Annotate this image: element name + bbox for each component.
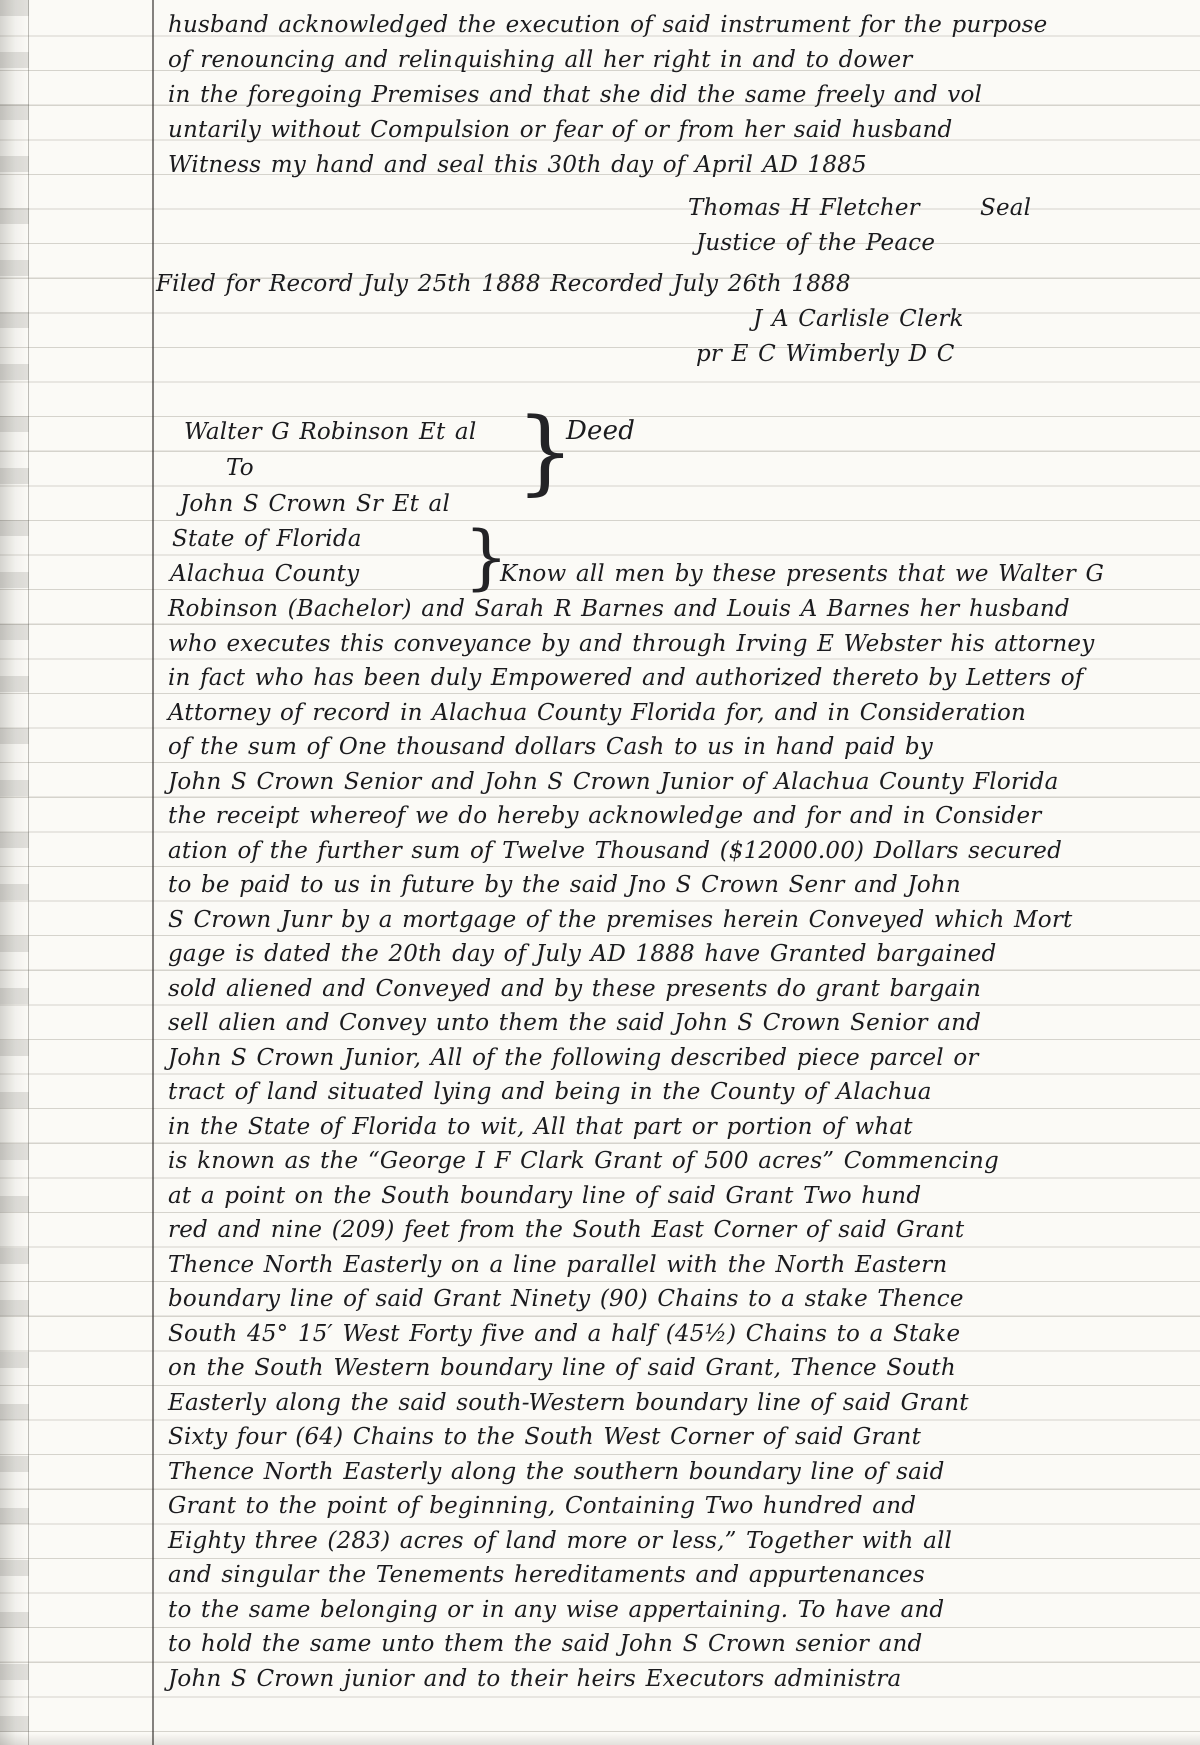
deputy-clerk-signature: pr E C Wimberly D C — [696, 341, 955, 367]
handwritten-line: on the South Western boundary line of sa… — [168, 1351, 1182, 1386]
handwritten-line: Easterly along the said south-Western bo… — [168, 1386, 1182, 1421]
handwritten-line: to hold the same unto them the said John… — [168, 1627, 1182, 1662]
officer-signature: Thomas H Fletcher — [688, 195, 920, 221]
closing-lines: husband acknowledged the execution of sa… — [168, 8, 1182, 183]
handwritten-line: South 45° 15′ West Forty five and a half… — [168, 1317, 1182, 1352]
filing-line: Filed for Record July 25th 1888 Recorded… — [156, 267, 1182, 302]
handwritten-line: to be paid to us in future by the said J… — [168, 868, 1182, 903]
handwritten-line: who executes this conveyance by and thro… — [168, 627, 1182, 662]
handwritten-line: red and nine (209) feet from the South E… — [168, 1213, 1182, 1248]
handwritten-line: in fact who has been duly Empowered and … — [168, 661, 1182, 696]
page-left-edge — [0, 0, 29, 1745]
handwritten-line: boundary line of said Grant Ninety (90) … — [168, 1282, 1182, 1317]
handwritten-line: Grant to the point of beginning, Contain… — [168, 1489, 1182, 1524]
officer-signature-row: Thomas H Fletcher Seal — [168, 195, 1182, 230]
handwritten-line: John S Crown Junior, All of the followin… — [168, 1041, 1182, 1076]
handwritten-line: Sixty four (64) Chains to the South West… — [168, 1420, 1182, 1455]
clerk-signature-row: J A Carlisle Clerk — [168, 302, 1182, 337]
venue-block: State of Florida Alachua County } Know a… — [168, 522, 1182, 592]
handwritten-line: Thence North Easterly along the southern… — [168, 1455, 1182, 1490]
deed-caption: Walter G Robinson Et al To John S Crown … — [168, 414, 1182, 522]
handwritten-line: Thence North Easterly on a line parallel… — [168, 1248, 1182, 1283]
handwritten-line: Eighty three (283) acres of land more or… — [168, 1524, 1182, 1559]
officer-title-row: Justice of the Peace — [168, 230, 1182, 265]
handwritten-line: Robinson (Bachelor) and Sarah R Barnes a… — [168, 592, 1182, 627]
deputy-clerk-signature-row: pr E C Wimberly D C — [168, 337, 1182, 372]
handwritten-line: John S Crown junior and to their heirs E… — [168, 1662, 1182, 1697]
handwritten-line: in the foregoing Premises and that she d… — [168, 78, 1182, 113]
deed-opening-line: Know all men by these presents that we W… — [500, 557, 1104, 592]
handwritten-line: the receipt whereof we do hereby acknowl… — [168, 799, 1182, 834]
handwritten-line: and singular the Tenements hereditaments… — [168, 1558, 1182, 1593]
seal-annotation: Seal — [980, 195, 1031, 221]
handwritten-line: gage is dated the 20th day of July AD 18… — [168, 937, 1182, 972]
page-text: husband acknowledged the execution of sa… — [168, 8, 1182, 1696]
handwritten-line: sold aliened and Conveyed and by these p… — [168, 972, 1182, 1007]
handwritten-line: Attorney of record in Alachua County Flo… — [168, 696, 1182, 731]
venue-county: Alachua County — [170, 557, 359, 592]
deed-book-page: husband acknowledged the execution of sa… — [0, 0, 1200, 1745]
officer-title: Justice of the Peace — [696, 230, 935, 256]
grantee-name: John S Crown Sr Et al — [180, 486, 1182, 522]
handwritten-line: ation of the further sum of Twelve Thous… — [168, 834, 1182, 869]
handwritten-line: husband acknowledged the execution of sa… — [168, 8, 1182, 43]
section-gap — [168, 372, 1182, 414]
handwritten-line: sell alien and Convey unto them the said… — [168, 1006, 1182, 1041]
handwritten-line: John S Crown Senior and John S Crown Jun… — [168, 765, 1182, 800]
handwritten-line: Witness my hand and seal this 30th day o… — [168, 148, 1182, 183]
caption-connector: To — [226, 450, 1182, 486]
handwritten-line: of the sum of One thousand dollars Cash … — [168, 730, 1182, 765]
clerk-signature: J A Carlisle Clerk — [753, 306, 964, 332]
instrument-type-label: Deed — [566, 416, 635, 446]
handwritten-line: of renouncing and relinquishing all her … — [168, 43, 1182, 78]
handwritten-line: in the State of Florida to wit, All that… — [168, 1110, 1182, 1145]
handwritten-line: tract of land situated lying and being i… — [168, 1075, 1182, 1110]
grantor-name: Walter G Robinson Et al — [184, 414, 1182, 450]
caption-parties: Walter G Robinson Et al To John S Crown … — [168, 414, 1182, 522]
margin-rule — [152, 0, 154, 1745]
deed-body-lines: Robinson (Bachelor) and Sarah R Barnes a… — [168, 592, 1182, 1696]
handwritten-line: is known as the “George I F Clark Grant … — [168, 1144, 1182, 1179]
venue-state: State of Florida — [172, 522, 362, 557]
handwritten-line: at a point on the South boundary line of… — [168, 1179, 1182, 1214]
handwritten-line: untarily without Compulsion or fear of o… — [168, 113, 1182, 148]
page-bottom-edge — [0, 1733, 1200, 1745]
handwritten-line: to the same belonging or in any wise app… — [168, 1593, 1182, 1628]
handwritten-line: S Crown Junr by a mortgage of the premis… — [168, 903, 1182, 938]
